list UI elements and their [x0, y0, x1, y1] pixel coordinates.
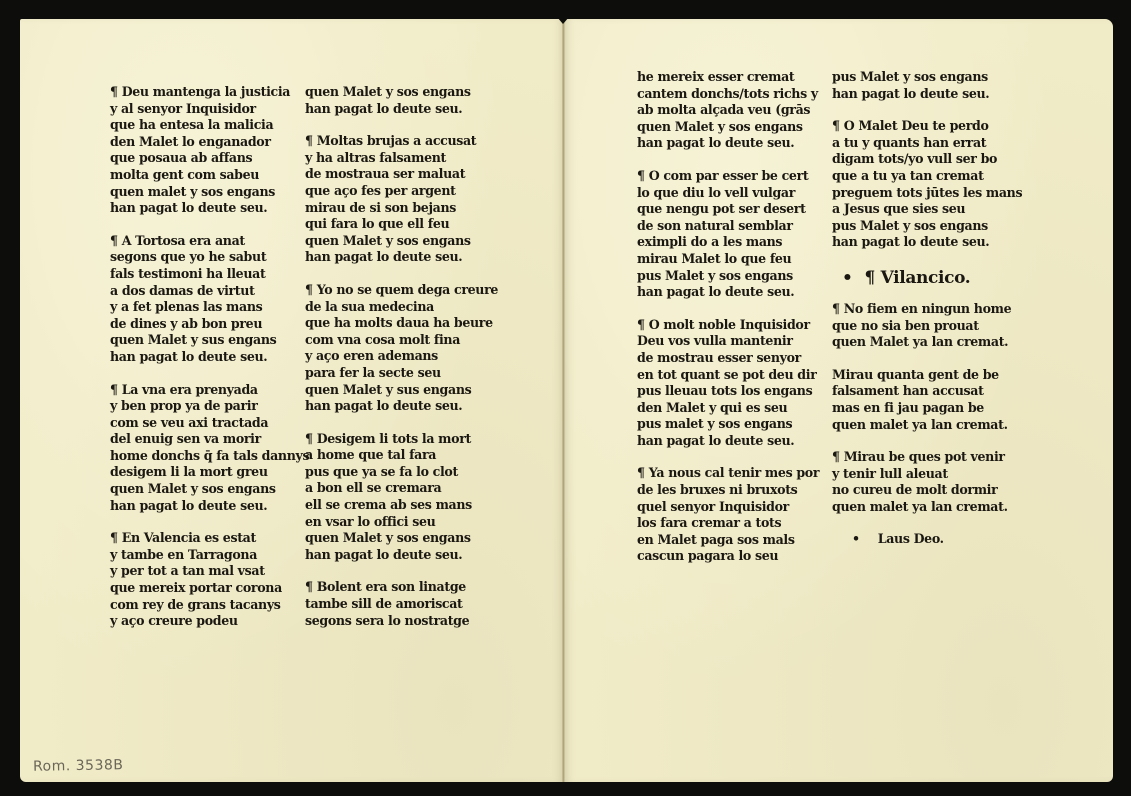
- verse-line: segons sera lo nostratge: [305, 613, 498, 630]
- stanza: pus Malet y sos engans han pagat lo deut…: [832, 69, 1022, 102]
- verse-line: ¶ O molt noble Inquisidor: [637, 317, 819, 334]
- verse-line: preguem tots jūtes les mans: [832, 185, 1022, 202]
- verse-line: ¶ Yo no se quem dega creure: [305, 282, 498, 299]
- verse-line: del enuig sen va morir: [110, 431, 309, 448]
- stanza: ¶ No fiem en ningun home que no sia ben …: [832, 301, 1022, 351]
- verse-line: ell se crema ab ses mans: [305, 497, 498, 514]
- verse-line: com se veu axi tractada: [110, 415, 309, 432]
- verse-line: ¶ En Valencia es estat: [110, 530, 309, 547]
- verse-line: y aço creure podeu: [110, 613, 309, 630]
- verse-line: Deu vos vulla mantenir: [637, 333, 819, 350]
- verse-line: quen malet y sos engans: [110, 184, 309, 201]
- verse-line: quen malet ya lan cremat.: [832, 417, 1022, 434]
- verse-line: y aço eren ademans: [305, 348, 498, 365]
- verse-line: han pagat lo deute seu.: [637, 284, 819, 301]
- verse-line: quen Malet y sos engans: [110, 481, 309, 498]
- verse-line: pus Malet y sos engans: [832, 69, 1022, 86]
- verse-line: quen Malet y sos engans: [305, 530, 498, 547]
- verse-line: de son natural semblar: [637, 218, 819, 235]
- verse-line: ¶ Desigem li tots la mort: [305, 431, 498, 448]
- verse-line: a bon ell se cremara: [305, 480, 498, 497]
- verse-line: de la sua medecina: [305, 299, 498, 316]
- verse-line: que ha molts daua ha beure: [305, 315, 498, 332]
- verse-line: y tenir lull aleuat: [832, 466, 1022, 483]
- verse-line: ¶ No fiem en ningun home: [832, 301, 1022, 318]
- stanza: ¶ En Valencia es estat y tambe en Tarrag…: [110, 530, 309, 630]
- verse-line: que no sia ben prouat: [832, 318, 1022, 335]
- verse-line: y tambe en Tarragona: [110, 547, 309, 564]
- shelfmark-annotation: Rom. 3538B: [33, 757, 124, 775]
- bullet-mark: •: [852, 531, 860, 546]
- verse-line: han pagat lo deute seu.: [832, 234, 1022, 251]
- stanza: ¶ O Malet Deu te perdo a tu y quants han…: [832, 118, 1022, 251]
- verse-line: mirau de si son bejans: [305, 200, 498, 217]
- verse-line: han pagat lo deute seu.: [637, 135, 819, 152]
- verse-line: ¶ Bolent era son linatge: [305, 579, 498, 596]
- verse-line: han pagat lo deute seu.: [305, 547, 498, 564]
- verse-line: han pagat lo deute seu.: [637, 433, 819, 450]
- verse-line: cantem donchs/tots richs y: [637, 86, 819, 103]
- stanza: ¶ Desigem li tots la mort a home que tal…: [305, 431, 498, 564]
- verse-line: ¶ O Malet Deu te perdo: [832, 118, 1022, 135]
- colophon: •Laus Deo.: [852, 531, 1022, 548]
- verse-line: de mostraua ser maluat: [305, 166, 498, 183]
- verse-line: falsament han accusat: [832, 383, 1022, 400]
- verse-line: a home que tal fara: [305, 447, 498, 464]
- verse-line: ¶ O com par esser be cert: [637, 168, 819, 185]
- verse-line: ¶ Mirau be ques pot venir: [832, 449, 1022, 466]
- verse-line: den Malet lo enganador: [110, 134, 309, 151]
- verse-line: ¶ A Tortosa era anat: [110, 233, 309, 250]
- verse-line: en Malet paga sos mals: [637, 532, 819, 549]
- verse-line: han pagat lo deute seu.: [305, 249, 498, 266]
- verse-line: quen Malet y sus engans: [110, 332, 309, 349]
- verse-line: los fara cremar a tots: [637, 515, 819, 532]
- verse-line: quen Malet y sos engans: [305, 84, 498, 101]
- text-column-1: ¶ Deu mantenga la justicia y al senyor I…: [110, 84, 309, 646]
- verse-line: digam tots/yo vull ser bo: [832, 151, 1022, 168]
- verse-line: segons que yo he sabut: [110, 249, 309, 266]
- stanza: ¶ Yo no se quem dega creure de la sua me…: [305, 282, 498, 415]
- verse-line: fals testimoni ha lleuat: [110, 266, 309, 283]
- verse-line: y ha altras falsament: [305, 150, 498, 167]
- stanza: ¶ Mirau be ques pot venir y tenir lull a…: [832, 449, 1022, 515]
- verse-line: para fer la secte seu: [305, 365, 498, 382]
- verse-line: quen Malet y sus engans: [305, 382, 498, 399]
- verse-line: y ben prop ya de parir: [110, 398, 309, 415]
- verse-line: que nengu pot ser desert: [637, 201, 819, 218]
- verse-line: han pagat lo deute seu.: [110, 498, 309, 515]
- verse-line: y a fet plenas las mans: [110, 299, 309, 316]
- verse-line: han pagat lo deute seu.: [305, 398, 498, 415]
- stanza: quen Malet y sos engans han pagat lo deu…: [305, 84, 498, 117]
- verse-line: han pagat lo deute seu.: [110, 349, 309, 366]
- verse-line: Mirau quanta gent de be: [832, 367, 1022, 384]
- verse-line: ¶ Ya nous cal tenir mes por: [637, 465, 819, 482]
- stanza: ¶ O molt noble Inquisidor Deu vos vulla …: [637, 317, 819, 450]
- verse-line: den Malet y qui es seu: [637, 400, 819, 417]
- stanza: ¶ Deu mantenga la justicia y al senyor I…: [110, 84, 309, 217]
- verse-line: en tot quant se pot deu dir: [637, 367, 819, 384]
- verse-line: han pagat lo deute seu.: [305, 101, 498, 118]
- verse-line: a dos damas de virtut: [110, 283, 309, 300]
- text-column-3: he mereix esser cremat cantem donchs/tot…: [637, 69, 819, 581]
- stanza: ¶ Bolent era son linatge tambe sill de a…: [305, 579, 498, 629]
- verse-line: com vna cosa molt fina: [305, 332, 498, 349]
- text-column-2: quen Malet y sos engans han pagat lo deu…: [305, 84, 498, 645]
- center-fold: [562, 19, 565, 782]
- verse-line: quen malet ya lan cremat.: [832, 499, 1022, 516]
- stanza: ¶ O com par esser be cert lo que diu lo …: [637, 168, 819, 301]
- verse-line: pus malet y sos engans: [637, 416, 819, 433]
- verse-line: de mostrau esser senyor: [637, 350, 819, 367]
- verse-line: desigem li la mort greu: [110, 464, 309, 481]
- verse-line: y al senyor Inquisidor: [110, 101, 309, 118]
- stanza: Mirau quanta gent de be falsament han ac…: [832, 367, 1022, 433]
- verse-line: que posaua ab affans: [110, 150, 309, 167]
- verse-line: ab molta alçada veu (grās: [637, 102, 819, 119]
- verse-line: de dines y ab bon preu: [110, 316, 309, 333]
- verse-line: que mereix portar corona: [110, 580, 309, 597]
- stanza: ¶ La vna era prenyada y ben prop ya de p…: [110, 382, 309, 515]
- fold-notch: [557, 17, 569, 24]
- verse-line: han pagat lo deute seu.: [832, 86, 1022, 103]
- verse-line: a tu y quants han errat: [832, 135, 1022, 152]
- verse-line: tambe sill de amoriscat: [305, 596, 498, 613]
- stanza: he mereix esser cremat cantem donchs/tot…: [637, 69, 819, 152]
- heading-text: ¶ Vilancico.: [865, 268, 971, 288]
- verse-line: no cureu de molt dormir: [832, 482, 1022, 499]
- verse-line: home donchs q̄ fa tals dannys: [110, 448, 309, 465]
- colophon-text: Laus Deo.: [878, 531, 944, 546]
- stanza: ¶ Ya nous cal tenir mes por de les bruxe…: [637, 465, 819, 565]
- verse-line: quen Malet ya lan cremat.: [832, 334, 1022, 351]
- verse-line: mas en fi jau pagan be: [832, 400, 1022, 417]
- verse-line: mirau Malet lo que feu: [637, 251, 819, 268]
- verse-line: quen Malet y sos engans: [305, 233, 498, 250]
- verse-line: pus que ya se fa lo clot: [305, 464, 498, 481]
- verse-line: cascun pagara lo seu: [637, 548, 819, 565]
- verse-line: pus Malet y sos engans: [637, 268, 819, 285]
- verse-line: a Jesus que sies seu: [832, 201, 1022, 218]
- verse-line: pus lleuau tots los engans: [637, 383, 819, 400]
- verse-line: pus Malet y sos engans: [832, 218, 1022, 235]
- verse-line: ¶ La vna era prenyada: [110, 382, 309, 399]
- verse-line: que aço fes per argent: [305, 183, 498, 200]
- scanned-document: ¶ Deu mantenga la justicia y al senyor I…: [0, 0, 1131, 796]
- verse-line: eximpli do a les mans: [637, 234, 819, 251]
- verse-line: quel senyor Inquisidor: [637, 499, 819, 516]
- verse-line: com rey de grans tacanys: [110, 597, 309, 614]
- verse-line: en vsar lo offici seu: [305, 514, 498, 531]
- stanza: ¶ A Tortosa era anat segons que yo he sa…: [110, 233, 309, 366]
- verse-line: ¶ Moltas brujas a accusat: [305, 133, 498, 150]
- stanza: ¶ Moltas brujas a accusat y ha altras fa…: [305, 133, 498, 266]
- verse-line: lo que diu lo vell vulgar: [637, 185, 819, 202]
- verse-line: de les bruxes ni bruxots: [637, 482, 819, 499]
- verse-line: ¶ Deu mantenga la justicia: [110, 84, 309, 101]
- text-column-4: pus Malet y sos engans han pagat lo deut…: [832, 69, 1022, 548]
- verse-line: que a tu ya tan cremat: [832, 168, 1022, 185]
- section-heading-vilancico: •¶ Vilancico.: [842, 267, 1022, 289]
- verse-line: y per tot a tan mal vsat: [110, 563, 309, 580]
- bullet-mark: •: [842, 268, 853, 288]
- verse-line: quen Malet y sos engans: [637, 119, 819, 136]
- verse-line: qui fara lo que ell feu: [305, 216, 498, 233]
- verse-line: he mereix esser cremat: [637, 69, 819, 86]
- verse-line: han pagat lo deute seu.: [110, 200, 309, 217]
- verse-line: que ha entesa la malicia: [110, 117, 309, 134]
- verse-line: molta gent com sabeu: [110, 167, 309, 184]
